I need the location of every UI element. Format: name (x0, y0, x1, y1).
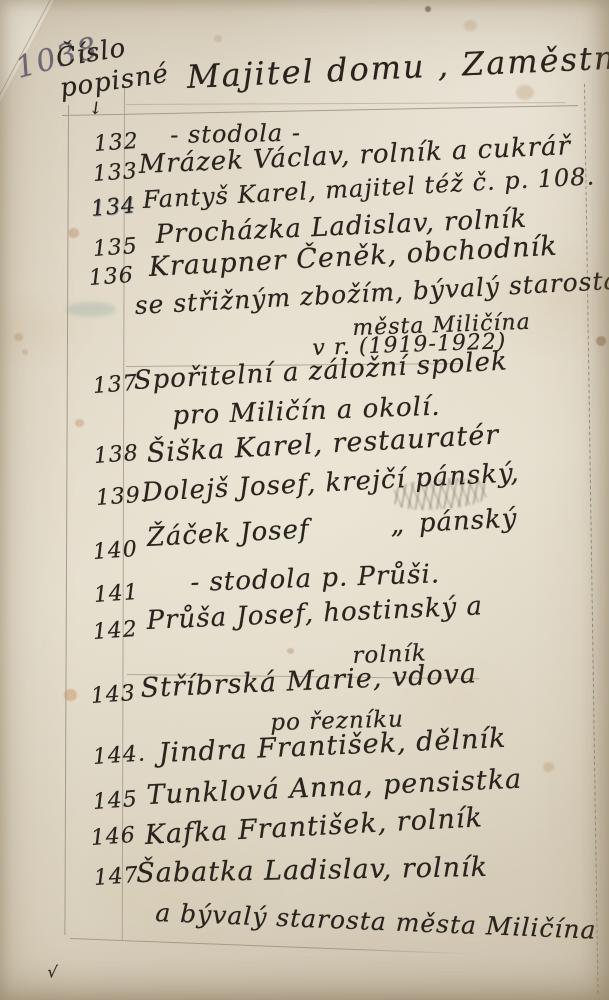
stain (22, 349, 28, 355)
document-page: 1038 Číslo popisné ↓ Majitel domu , Zamě… (0, 0, 609, 1000)
stain (68, 228, 79, 238)
row-number: 143 (90, 681, 137, 709)
stain (543, 762, 554, 772)
stain (14, 333, 23, 341)
row-number: 141 (93, 580, 140, 608)
row-number: 147 (93, 863, 140, 891)
row-text-line: Průša Josef, hostinský a (146, 591, 484, 636)
row-number: 137 (92, 371, 139, 399)
row-text-line: - stodola p. Průši. (190, 559, 441, 598)
row-number: 145 (92, 787, 139, 815)
row-text-line: Jindra František, dělník (158, 723, 507, 769)
row-text-line: Šabatka Ladislav, rolník (136, 852, 488, 889)
header-rule-faint (126, 102, 566, 105)
row-number: 140 (92, 537, 139, 565)
row-text-line: Kafka František, rolník (144, 802, 484, 851)
row-text-line: Žáček Josef „ pánský (146, 504, 518, 553)
row-number: 138 (93, 441, 140, 469)
table-border-right (584, 84, 599, 996)
stain (596, 336, 606, 346)
row-text-line: Stříbrská Marie, vdova (140, 658, 478, 704)
row-number: 135 (92, 234, 139, 262)
bottom-check-mark: √ (47, 962, 60, 982)
down-arrow-mark: ↓ (87, 98, 105, 120)
ink-bleed-smudge (66, 302, 116, 317)
header-rule (62, 105, 578, 116)
stain (287, 648, 294, 654)
stain (64, 689, 77, 701)
row-text-line: a bývalý starosta města Miličína (155, 898, 597, 945)
column-header-majitel: Majitel domu , Zaměstnání (186, 36, 609, 96)
table-border-bottom (70, 938, 478, 955)
row-number: 146 (90, 823, 137, 851)
stain (75, 419, 84, 427)
row-number: 142 (92, 617, 139, 645)
row-number: 136 (88, 263, 135, 291)
stain (464, 20, 477, 31)
stain (425, 6, 431, 12)
row-number: 144. (92, 741, 147, 770)
stain (214, 35, 222, 42)
row-number: 132 (93, 129, 140, 157)
row-number: 133 (92, 159, 139, 187)
row-number: 134 (90, 193, 137, 222)
stain (516, 85, 534, 100)
table-border-left (64, 105, 69, 935)
